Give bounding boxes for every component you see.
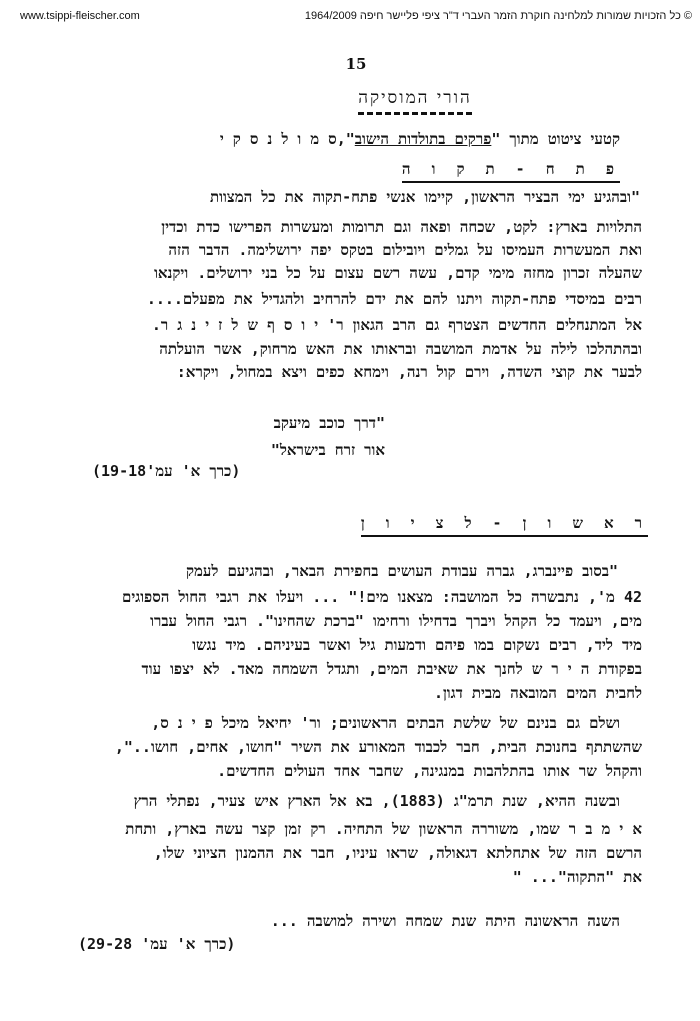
citation: (כרך א' עמ' 29-28): [78, 935, 235, 954]
text-line: התלויות בארץ: לקט, שכחה ופאה וגם תרומות …: [161, 218, 642, 237]
text-line: "בסוב פיינברג, גברה עבודת העושים בחפירת …: [186, 562, 618, 581]
verse-line: אור זרח בישראל": [271, 441, 385, 460]
text-line: ואת המעשרות העמיסו על גמלים ויובילום בטק…: [168, 241, 642, 260]
text-line: 42 מ', נתבשרה כל המושבה: מצאנו מים!" ...…: [122, 588, 642, 607]
text-line: בפקודת ה י ר ש לחנך את שאיבת המים, ותגדל…: [142, 660, 642, 679]
closing-line: השנה הראשונה היתה שנת שמחה ושירה למושבה …: [271, 912, 620, 931]
text-line: שהעלה זכרון מחזה מימי קדם, עשה רשם עצום …: [154, 264, 642, 283]
text-line: הרשם הזה של אתחלתא דגאולה, שראו עיניו, ח…: [154, 844, 642, 863]
text-line: רבים במיסדי פתח-תקוה ויתנו להם את ידם לה…: [147, 290, 642, 309]
text-line: א י מ ב ר שמו, משוררה הראשון של התחיה. ר…: [125, 820, 642, 839]
text-line: ובשנה ההיא, שנת תרמ"ג (1883), בא אל הארץ…: [134, 792, 620, 811]
author-name: ",ס מ ו ל נ ס ק י: [220, 130, 355, 148]
section-heading-petah-tikva: פ ת ח - ת ק ו ה: [402, 160, 620, 183]
page-title: הורי המוסיקה: [0, 88, 700, 108]
copyright-notice: © כל הזכויות שמורות למלחינה חוקרת הזמר ה…: [305, 10, 692, 22]
verse-line: "דרך כוכב מיעקב: [274, 414, 385, 433]
website-url[interactable]: www.tsippi-fleischer.com: [20, 10, 140, 22]
text-line: ושלם גם בנינם של שלשת הבתים הראשונים; ור…: [151, 714, 620, 733]
page-header: www.tsippi-fleischer.com © כל הזכויות שמ…: [0, 10, 700, 26]
text-line: והקהל שר אותו בהתלהבות במנגינה, שחבר אחד…: [217, 762, 642, 781]
text-line: ובהתהלכו לילה על אדמת המושבה ובראותו את …: [159, 340, 642, 359]
intro-prefix: קטעי ציטוט מתוך ": [491, 130, 620, 148]
page-title-text: הורי המוסיקה: [358, 88, 472, 115]
text-line: את "התקוה"... ": [513, 868, 642, 887]
text-line: "ובהגיע ימי הבציר הראשון, קיימו אנשי פתח…: [210, 188, 640, 207]
text-line: אל המתנחלים החדשים הצטרף גם הרב הגאון ר'…: [152, 316, 642, 335]
text-line: לחבית המים המובאה מבית דגון.: [434, 684, 642, 703]
text-line: מים, ויעמד כל הקהל ויברך בדחילו ורחימו "…: [150, 612, 642, 631]
text-line: שהשתתף בחנוכת הבית, חבר לכבוד המאורע את …: [115, 738, 642, 757]
text-line: מיד ליד, רבים נשקום במו פיהם ודמעות גיל …: [192, 636, 642, 655]
section-heading-rishon-lezion: ר א ש ו ן - ל צ י ו ן: [361, 514, 648, 537]
book-title: פרקים בתולדות הישוב: [355, 130, 492, 148]
citation: (כרך א' עמ'19-18): [92, 462, 240, 481]
page-number: 15: [0, 55, 700, 73]
intro-line: קטעי ציטוט מתוך "פרקים בתולדות הישוב",ס …: [220, 130, 620, 149]
text-line: לבער את קוצי השדה, וירם קול רנה, וימחא כ…: [177, 363, 642, 382]
